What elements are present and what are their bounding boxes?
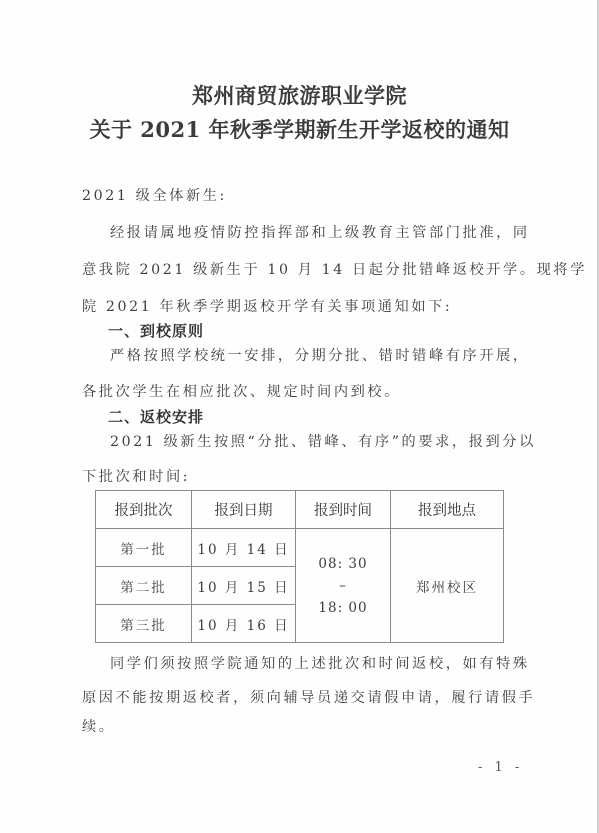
section1-line-2: 各批次学生在相应批次、规定时间内到校。 — [82, 381, 522, 401]
section1-line-1: 严格按照学校统一安排，分期分批、错时错峰有序开展， — [110, 345, 550, 365]
salutation: 2021 级全体新生: — [82, 185, 522, 205]
date-cell: 10 月 14 日 — [192, 529, 296, 567]
header-batch: 报到批次 — [96, 491, 192, 529]
batch-cell: 第三批 — [96, 605, 192, 643]
section1-heading: 一、到校原则 — [108, 320, 204, 341]
intro-line-2: 意我院 2021 级新生于 10 月 14 日起分批错峰返校开学。现将学 — [82, 259, 522, 279]
batch-cell: 第二批 — [96, 567, 192, 605]
intro-line-3: 院 2021 年秋季学期返校开学有关事项通知如下: — [82, 296, 522, 316]
header-time: 报到时间 — [296, 491, 391, 529]
document-title-notice: 关于 2021 年秋季学期新生开学返校的通知 — [0, 114, 599, 144]
section2-line-1: 2021 级新生按照“分批、错峰、有序”的要求，报到分以 — [110, 431, 550, 451]
closing-line-1: 同学们须按照学院通知的上述批次和时间返校，如有特殊 — [110, 653, 550, 673]
date-cell: 10 月 16 日 — [192, 605, 296, 643]
header-location: 报到地点 — [391, 491, 504, 529]
closing-line-3: 续。 — [82, 716, 522, 736]
time-cell: 08: 30 – 18: 00 — [296, 529, 391, 643]
schedule-table: 报到批次 报到日期 报到时间 报到地点 第一批 10 月 14 日 08: 30… — [95, 490, 504, 643]
document-title-institution: 郑州商贸旅游职业学院 — [0, 80, 599, 110]
location-cell: 郑州校区 — [391, 529, 504, 643]
time-separator: – — [296, 575, 390, 597]
time-end: 18: 00 — [296, 597, 390, 619]
section2-heading: 二、返校安排 — [108, 406, 204, 427]
closing-line-2: 原因不能按期返校者，须向辅导员递交请假申请，履行请假手 — [82, 687, 522, 707]
section2-line-2: 下批次和时间: — [82, 466, 522, 486]
date-cell: 10 月 15 日 — [192, 567, 296, 605]
table-header-row: 报到批次 报到日期 报到时间 报到地点 — [96, 491, 504, 529]
intro-line-1: 经报请属地疫情防控指挥部和上级教育主管部门批准，同 — [110, 222, 550, 242]
page-number: - 1 - — [478, 760, 523, 775]
batch-cell: 第一批 — [96, 529, 192, 567]
header-date: 报到日期 — [192, 491, 296, 529]
time-start: 08: 30 — [296, 553, 390, 575]
table-row: 第一批 10 月 14 日 08: 30 – 18: 00 郑州校区 — [96, 529, 504, 567]
